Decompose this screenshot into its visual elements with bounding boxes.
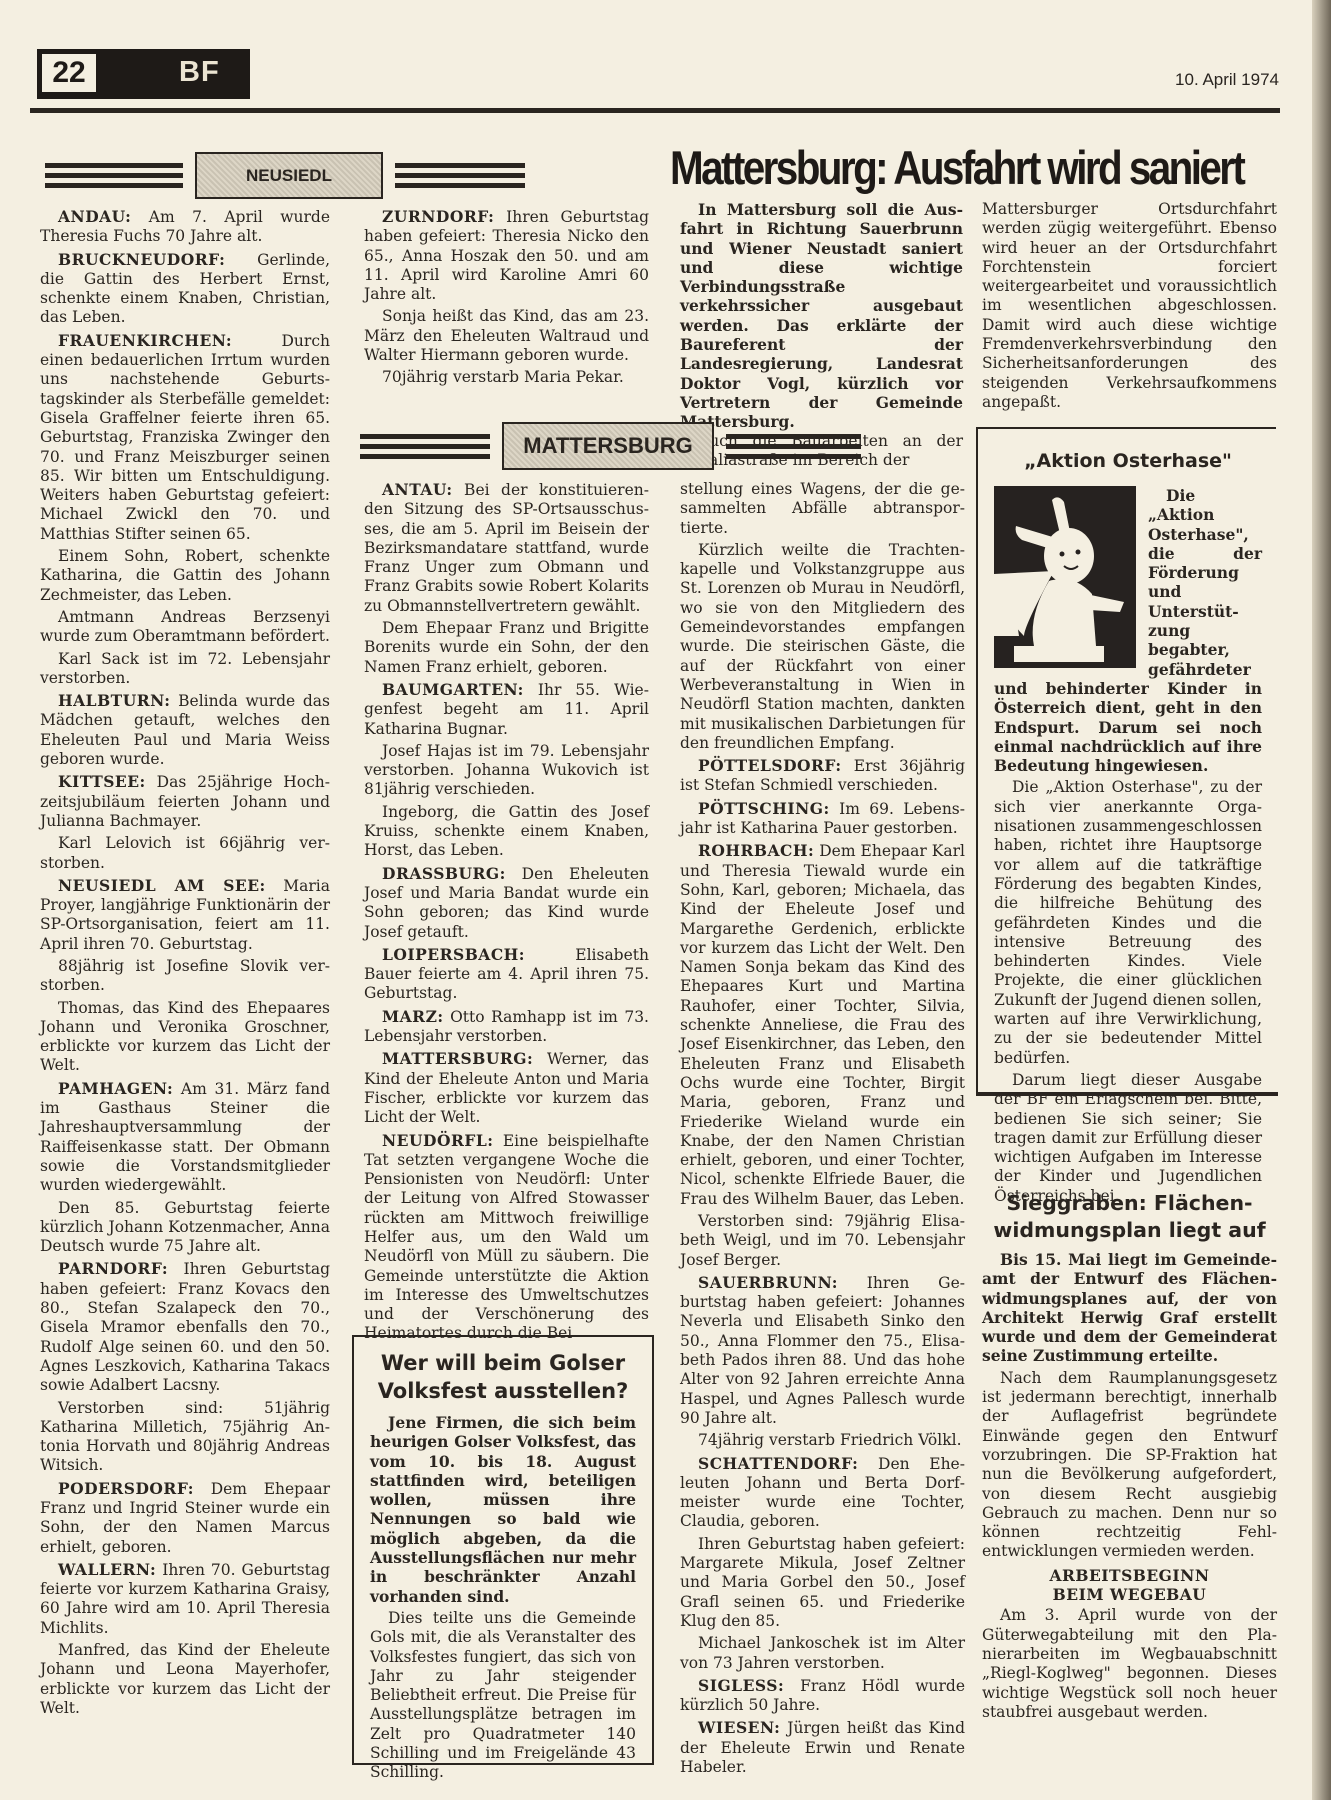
news-item: Amtmann Andreas Berzsenyi wurde zum Ober… — [40, 608, 330, 647]
subheading: ARBEITSBEGINN BEIM WEGEBAU — [982, 1566, 1277, 1605]
item-text: Durch einen bedauerlichen Irrtum wur­den… — [40, 332, 330, 543]
place-name: PAMHAGEN: — [58, 1079, 173, 1098]
neusiedl-column-2: ZURNDORF: Ihren Geburtstag haben gefeier… — [364, 207, 649, 391]
lead-paragraph: Bis 15. Mai liegt im Gemeinde­amt der En… — [982, 1250, 1277, 1366]
news-item: ROHRBACH: Dem Ehepaar Karl und Theresia … — [680, 841, 965, 1209]
page-number: 22 — [42, 54, 96, 92]
news-item: Josef Hajas ist im 79. Lebens­jahr verst… — [364, 742, 649, 800]
place-name: ZURNDORF: — [382, 207, 494, 226]
item-text: stellung eines Wagens, der die ge­sammel… — [680, 480, 965, 537]
item-text: Den 85. Geburtstag feierte kürzlich Joha… — [40, 1199, 330, 1256]
place-name: ROHRBACH: — [698, 841, 814, 860]
box-title: „Aktion Osterhase" — [994, 450, 1262, 472]
lead-paragraph: In Mattersburg soll die Aus­fahrt in Ric… — [680, 200, 963, 432]
news-item: Verstorben sind: 51jährig Katharina Mill… — [40, 1399, 330, 1476]
paper-logo: BF — [179, 56, 220, 89]
news-item: ZURNDORF: Ihren Geburtstag haben gefeier… — [364, 207, 649, 304]
box-body: Darum liegt dieser Ausgabe der BF ein Er… — [994, 1071, 1262, 1206]
item-text: 88jährig ist Josefine Slovik ver­storben… — [40, 957, 330, 994]
place-name: DRASSBURG: — [382, 864, 506, 883]
news-item: Manfred, das Kind der Eheleute Johann un… — [40, 1641, 330, 1718]
news-item: Michael Jankoschek ist im Alter von 73 J… — [680, 1634, 965, 1673]
place-name: HALBTURN: — [58, 691, 170, 710]
banner-stripes-right — [726, 434, 861, 459]
place-name: NEUDÖRFL: — [382, 1131, 493, 1150]
news-item: Dem Ehepaar Franz und Bri­gitte Borenits… — [364, 619, 649, 677]
place-name: LOIPERSBACH: — [382, 945, 525, 964]
article-paragraph: Mattersburger Ortsdurchfahrt werden zügi… — [982, 200, 1277, 412]
section-banner-mattersburg: MATTERSBURG — [360, 422, 861, 470]
news-item: WALLERN: Ihren 70. Geburts­tag feierte v… — [40, 1560, 330, 1638]
item-text: Einem Sohn, Robert, schenkte Katharina, … — [40, 547, 330, 604]
article-paragraph: Am 3. April wurde von der Güterwegabteil… — [982, 1606, 1277, 1722]
news-item: MATTERSBURG: Werner, das Kind der Eheleu… — [364, 1049, 649, 1127]
place-name: SAUERBRUNN: — [698, 1273, 838, 1292]
place-name: PODERSDORF: — [58, 1479, 194, 1498]
item-text: Karl Sack ist im 72. Lebensjahr verstorb… — [40, 650, 330, 687]
news-item: stellung eines Wagens, der die ge­sammel… — [680, 480, 965, 538]
item-text: Ihren Geburtstag haben gefeiert: Franz K… — [40, 1260, 330, 1394]
box-lead: Jene Firmen, die sich beim heurigen Gols… — [370, 1413, 636, 1606]
place-name: BAUMGARTEN: — [382, 680, 524, 699]
item-text: Josef Hajas ist im 79. Lebens­jahr verst… — [364, 742, 649, 799]
neusiedl-column-1: ANDAU: Am 7. April wurde Theresia Fuchs … — [40, 207, 330, 1721]
sieggraben-article: Sieggraben: Flächen­widmungsplan liegt a… — [982, 1190, 1277, 1725]
issue-date: 10. April 1974 — [1175, 70, 1279, 90]
place-name: NEUSIEDL AM SEE: — [58, 876, 266, 895]
item-text: Verstorben sind: 79jährig Elisa­beth Wei… — [680, 1212, 965, 1269]
news-item: LOIPERSBACH: Elisabeth Bauer feierte am … — [364, 945, 649, 1004]
item-text: Sonja heißt das Kind, das am 23. März de… — [364, 307, 649, 364]
article-headline: Sieggraben: Flächen­widmungsplan liegt a… — [982, 1190, 1277, 1244]
item-text: Ihren Geburtstag haben ge­feiert: Margar… — [680, 1535, 965, 1630]
news-item: NEUDÖRFL: Eine beispielhafte Tat setzten… — [364, 1131, 649, 1344]
banner-stripes-right — [395, 163, 525, 188]
lead-article-column-2: Mattersburger Ortsdurchfahrt werden zügi… — [982, 200, 1277, 415]
banner-stripes-left — [45, 163, 183, 188]
box-body: Dies teilte uns die Gemeinde Gols mit, d… — [370, 1609, 636, 1783]
news-item: SCHATTENDORF: Den Ehe­leuten Johann und … — [680, 1454, 965, 1532]
news-item: PARNDORF: Ihren Geburtstag haben gefeier… — [40, 1259, 330, 1395]
news-item: 70jährig verstarb Maria Pekar. — [364, 368, 649, 387]
lead-headline: Mattersburg: Ausfahrt wird saniert — [670, 140, 1195, 195]
item-text: Ihren Ge­burtstag haben gefeiert: Johann… — [680, 1274, 965, 1427]
place-name: ANDAU: — [58, 207, 131, 226]
news-item: NEUSIEDL AM SEE: Maria Proyer, langjähri… — [40, 876, 330, 954]
news-item: WIESEN: Jürgen heißt das Kind der Eheleu… — [680, 1718, 965, 1777]
news-item: PÖTTSCHING: Im 69. Lebens­jahr ist Katha… — [680, 799, 965, 839]
place-name: PARNDORF: — [58, 1259, 168, 1278]
banner-stripes-left — [360, 434, 490, 459]
box-bottom-rule — [976, 1094, 1278, 1096]
news-item: SAUERBRUNN: Ihren Ge­burtstag haben gefe… — [680, 1273, 965, 1428]
box-body: Die „Aktion Osterhase", zu der sich vier… — [994, 778, 1262, 1067]
easter-bunny-illustration — [994, 486, 1136, 668]
item-text: Ingeborg, die Gattin des Josef Kruiss, s… — [364, 803, 649, 860]
place-name: SCHATTENDORF: — [698, 1454, 858, 1473]
section-label: MATTERSBURG — [502, 422, 714, 470]
news-item: Den 85. Geburtstag feierte kürzlich Joha… — [40, 1199, 330, 1257]
news-item: Verstorben sind: 79jährig Elisa­beth Wei… — [680, 1212, 965, 1270]
place-name: MATTERSBURG: — [382, 1049, 533, 1068]
place-name: PÖTTSCHING: — [698, 799, 830, 818]
item-text: Bei der konstituieren­den Sitzung des SP… — [364, 481, 649, 615]
news-item: ANTAU: Bei der konstituieren­den Sitzung… — [364, 480, 649, 616]
section-label: NEUSIEDL — [195, 152, 383, 199]
place-name: MARZ: — [382, 1007, 444, 1026]
news-item: Einem Sohn, Robert, schenkte Katharina, … — [40, 547, 330, 605]
news-item: BAUMGARTEN: Ihr 55. Wie­genfest begeht a… — [364, 680, 649, 739]
article-paragraph: Nach dem Raumplanungsgesetz ist jederman… — [982, 1369, 1277, 1562]
news-item: SIGLESS: Franz Hödl wurde kürzlich 50 Ja… — [680, 1676, 965, 1716]
item-text: Amtmann Andreas Berzsenyi wurde zum Ober… — [40, 608, 330, 645]
news-item: Kürzlich weilte die Trachten­kapelle und… — [680, 541, 965, 753]
news-item: Thomas, das Kind des Ehepaa­res Johann u… — [40, 999, 330, 1076]
news-item: HALBTURN: Belinda wurde das Mädchen geta… — [40, 691, 330, 769]
place-name: KITTSEE: — [58, 772, 146, 791]
news-item: BRUCKNEUDORF: Gerlinde, die Gattin des H… — [40, 250, 330, 328]
item-text: Michael Jankoschek ist im Alter von 73 J… — [680, 1634, 965, 1671]
place-name: BRUCKNEUDORF: — [58, 250, 225, 269]
item-text: 70jährig verstarb Maria Pekar. — [382, 368, 624, 386]
item-text: Eine beispielhafte Tat setzten vergangen… — [364, 1132, 649, 1343]
mattersburg-column-2: stellung eines Wagens, der die ge­sammel… — [680, 480, 965, 1780]
aktion-osterhase-box: „Aktion Osterhase" Die „Aktion Osterhase… — [976, 428, 1278, 1094]
news-item: ANDAU: Am 7. April wurde Theresia Fuchs … — [40, 207, 330, 247]
item-text: Kürzlich weilte die Trachten­kapelle und… — [680, 541, 965, 752]
news-item: Karl Sack ist im 72. Lebensjahr verstorb… — [40, 650, 330, 689]
news-item: PODERSDORF: Dem Ehepaar Franz und Ingrid… — [40, 1479, 330, 1557]
header-rule — [30, 108, 1280, 113]
bunny-icon — [994, 486, 1136, 668]
place-name: ANTAU: — [382, 480, 453, 499]
golser-volksfest-box: Wer will beim Golser Volksfest ausstelle… — [352, 1335, 654, 1765]
news-item: PAMHAGEN: Am 31. März fand im Gasthaus S… — [40, 1079, 330, 1196]
news-item: 88jährig ist Josefine Slovik ver­storben… — [40, 957, 330, 996]
item-text: Manfred, das Kind der Eheleute Johann un… — [40, 1641, 330, 1717]
news-item: Karl Lelovich ist 66jährig ver­storben. — [40, 834, 330, 873]
place-name: WALLERN: — [58, 1560, 156, 1579]
item-text: Dem Ehepaar Franz und Bri­gitte Borenits… — [364, 619, 649, 676]
place-name: WIESEN: — [698, 1718, 780, 1737]
item-text: 74jährig verstarb Friedrich Völkl. — [698, 1431, 962, 1449]
news-item: DRASSBURG: Den Eheleuten Josef und Maria… — [364, 864, 649, 942]
scan-edge-shadow — [1312, 0, 1331, 1800]
news-item: KITTSEE: Das 25jährige Hoch­zeitsjubiläu… — [40, 772, 330, 831]
box-title: Wer will beim Golser Volksfest ausstelle… — [370, 1349, 636, 1405]
place-name: SIGLESS: — [698, 1676, 784, 1695]
news-item: Sonja heißt das Kind, das am 23. März de… — [364, 307, 649, 365]
section-banner-neusiedl: NEUSIEDL — [45, 152, 525, 199]
item-text: Verstorben sind: 51jährig Katharina Mill… — [40, 1399, 330, 1475]
news-item: MARZ: Otto Ramhapp ist im 73. Lebensjahr… — [364, 1007, 649, 1047]
news-item: Ihren Geburtstag haben ge­feiert: Margar… — [680, 1535, 965, 1631]
mattersburg-column-1: ANTAU: Bei der konstituieren­den Sitzung… — [364, 480, 649, 1347]
place-name: FRAUENKIRCHEN: — [58, 331, 232, 350]
item-text: Dem Ehepaar Karl und Theresia Tiewald wu… — [680, 842, 965, 1207]
news-item: PÖTTELSDORF: Erst 36jährig ist Stefan Sc… — [680, 756, 965, 796]
news-item: Ingeborg, die Gattin des Josef Kruiss, s… — [364, 803, 649, 861]
masthead: 22 BF — [37, 49, 250, 99]
news-item: FRAUENKIRCHEN: Durch einen bedauerlichen… — [40, 331, 330, 544]
item-text: Karl Lelovich ist 66jährig ver­storben. — [40, 834, 330, 871]
news-item: 74jährig verstarb Friedrich Völkl. — [680, 1431, 965, 1450]
place-name: PÖTTELSDORF: — [698, 756, 842, 775]
item-text: Thomas, das Kind des Ehepaa­res Johann u… — [40, 999, 330, 1075]
